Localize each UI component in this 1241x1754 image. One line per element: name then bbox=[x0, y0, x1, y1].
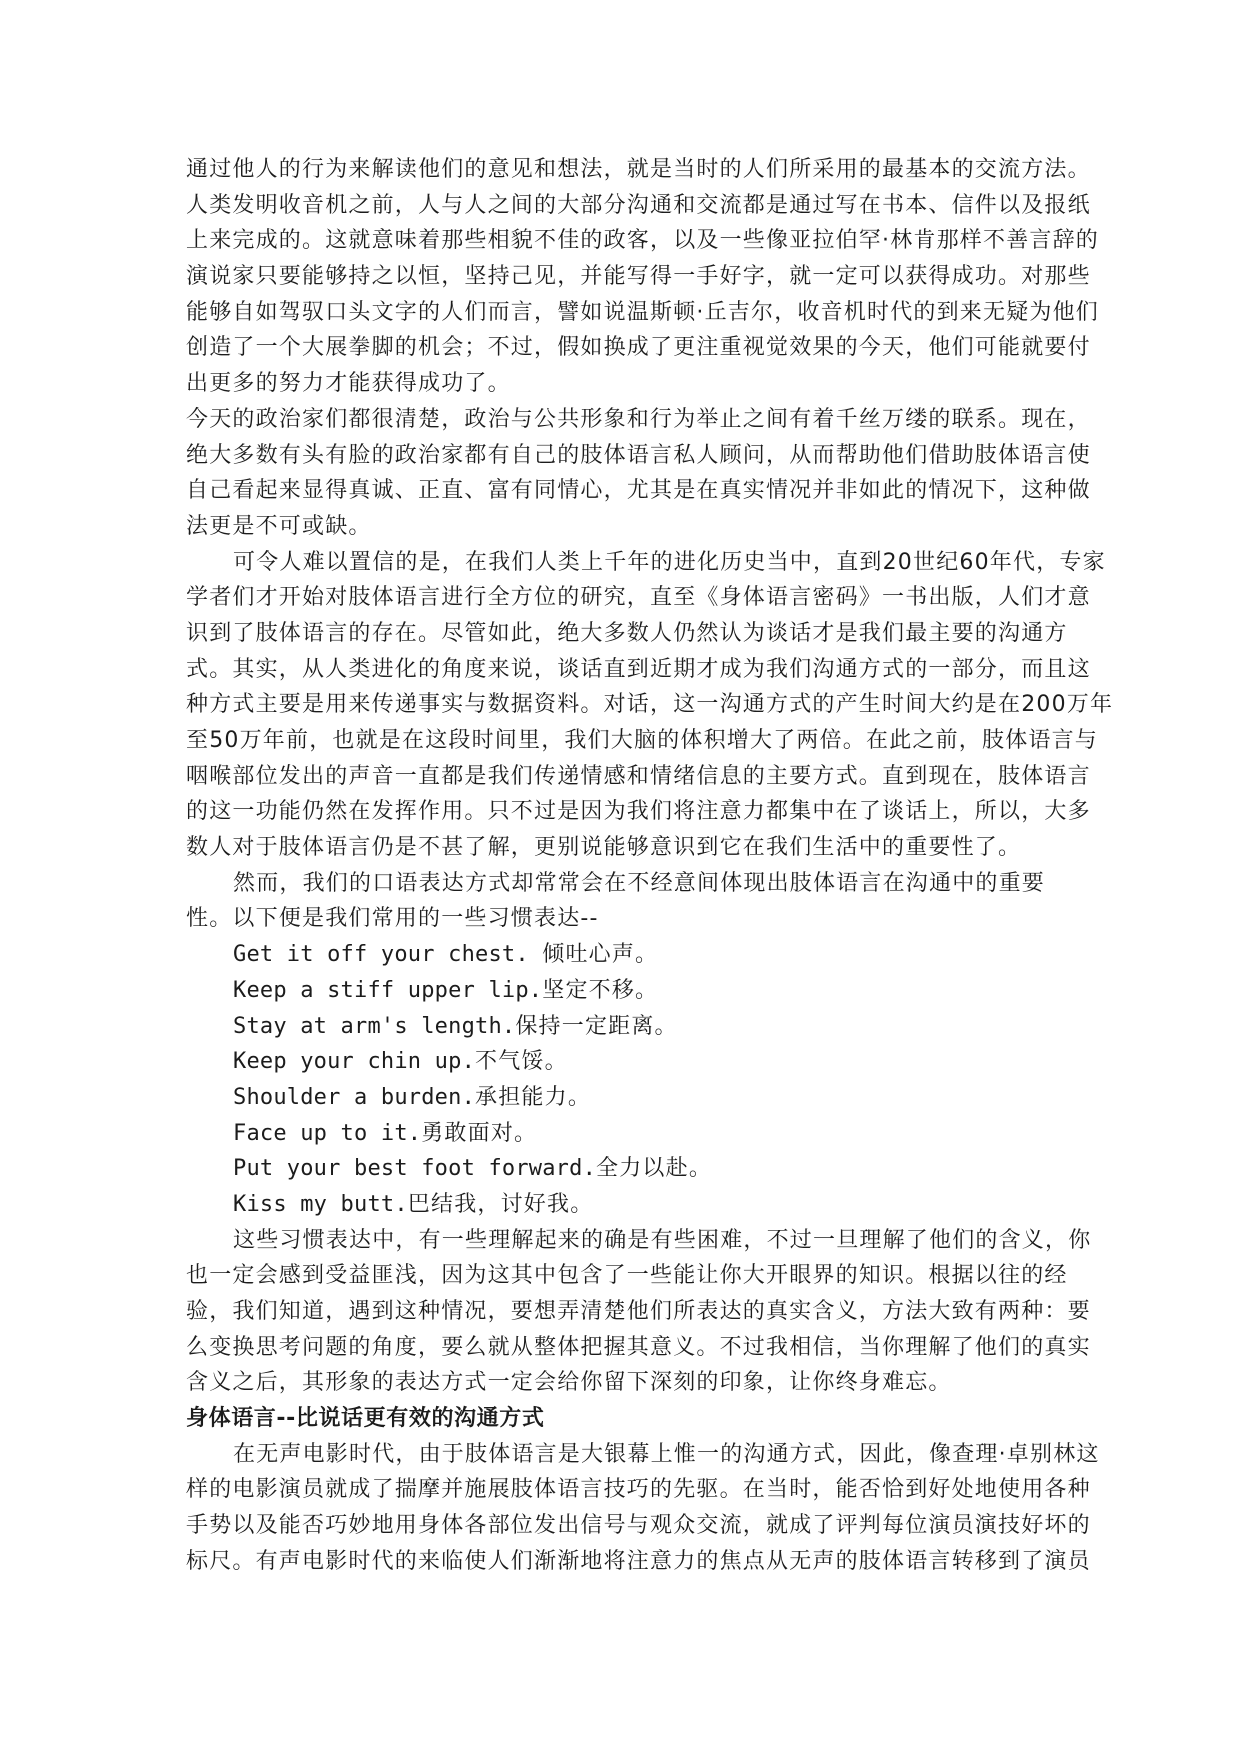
text-line: 上来完成的。这就意味着那些相貌不佳的政客，以及一些像亚拉伯罕·林肯那样不善言辞的 bbox=[186, 223, 1191, 259]
text-line: 么变换思考问题的角度，要么就从整体把握其意义。不过我相信，当你理解了他们的真实 bbox=[186, 1330, 1191, 1366]
text-line: 的这一功能仍然在发挥作用。只不过是因为我们将注意力都集中在了谈话上，所以，大多 bbox=[186, 794, 1191, 830]
idiom-english: Face up to it. bbox=[233, 1121, 421, 1146]
text-line: 咽喉部位发出的声音一直都是我们传递情感和情绪信息的主要方式。直到现在，肢体语言 bbox=[186, 759, 1191, 795]
text-line: 验，我们知道，遇到这种情况，要想弄清楚他们所表达的真实含义，方法大致有两种：要 bbox=[186, 1294, 1191, 1330]
text-line: 创造了一个大展拳脚的机会；不过，假如换成了更注重视觉效果的今天，他们可能就要付 bbox=[186, 330, 1191, 366]
text-line: 通过他人的行为来解读他们的意见和想法，就是当时的人们所采用的最基本的交流方法。 bbox=[186, 152, 1191, 188]
text-line: 性。以下便是我们常用的一些习惯表达-- bbox=[186, 901, 1191, 937]
text-line: 在无声电影时代，由于肢体语言是大银幕上惟一的沟通方式，因此，像查理·卓别林这 bbox=[186, 1437, 1191, 1473]
text-line: 学者们才开始对肢体语言进行全方位的研究，直至《身体语言密码》一书出版，人们才意 bbox=[186, 580, 1191, 616]
text-line: 演说家只要能够持之以恒，坚持己见，并能写得一手好字，就一定可以获得成功。对那些 bbox=[186, 259, 1191, 295]
idiom-chinese: 承担能力。 bbox=[475, 1085, 591, 1110]
idiom-english: Kiss my butt. bbox=[233, 1192, 408, 1217]
idiom-chinese: 保持一定距离。 bbox=[515, 1014, 677, 1039]
text-line: Face up to it.勇敢面对。 bbox=[186, 1116, 1191, 1152]
idiom-english: Keep your chin up. bbox=[233, 1049, 475, 1074]
text-line: Keep your chin up.不气馁。 bbox=[186, 1044, 1191, 1080]
idiom-english: Put your best foot forward. bbox=[233, 1156, 596, 1181]
text-line: 也一定会感到受益匪浅，因为这其中包含了一些能让你大开眼界的知识。根据以往的经 bbox=[186, 1258, 1191, 1294]
text-line: Put your best foot forward.全力以赴。 bbox=[186, 1151, 1191, 1187]
text-line: 识到了肢体语言的存在。尽管如此，绝大多数人仍然认为谈话才是我们最主要的沟通方 bbox=[186, 616, 1191, 652]
text-line: 可令人难以置信的是，在我们人类上千年的进化历史当中，直到20世纪60年代，专家 bbox=[186, 545, 1191, 581]
text-line: 人类发明收音机之前，人与人之间的大部分沟通和交流都是通过写在书本、信件以及报纸 bbox=[186, 188, 1191, 224]
text-line: Shoulder a burden.承担能力。 bbox=[186, 1080, 1191, 1116]
idiom-english: Get it off your chest. bbox=[233, 942, 542, 967]
text-line: 种方式主要是用来传递事实与数据资料。对话，这一沟通方式的产生时间大约是在200万… bbox=[186, 687, 1191, 723]
text-line: Stay at arm's length.保持一定距离。 bbox=[186, 1009, 1191, 1045]
text-line: Kiss my butt.巴结我，讨好我。 bbox=[186, 1187, 1191, 1223]
text-line: 出更多的努力才能获得成功了。 bbox=[186, 366, 1191, 402]
text-line: 标尺。有声电影时代的来临使人们渐渐地将注意力的焦点从无声的肢体语言转移到了演员 bbox=[186, 1544, 1191, 1580]
text-line: 这些习惯表达中，有一些理解起来的确是有些困难，不过一旦理解了他们的含义，你 bbox=[186, 1223, 1191, 1259]
text-line: 至50万年前，也就是在这段时间里，我们大脑的体积增大了两倍。在此之前，肢体语言与 bbox=[186, 723, 1191, 759]
idiom-chinese: 勇敢面对。 bbox=[421, 1121, 537, 1146]
text-line: 自己看起来显得真诚、正直、富有同情心，尤其是在真实情况并非如此的情况下，这种做 bbox=[186, 473, 1191, 509]
text-line: Get it off your chest. 倾吐心声。 bbox=[186, 937, 1191, 973]
idiom-chinese: 全力以赴。 bbox=[596, 1156, 712, 1181]
idiom-english: Keep a stiff upper lip. bbox=[233, 978, 542, 1003]
text-line: 样的电影演员就成了揣摩并施展肢体语言技巧的先驱。在当时，能否恰到好处地使用各种 bbox=[186, 1472, 1191, 1508]
text-line: 绝大多数有头有脸的政治家都有自己的肢体语言私人顾问，从而帮助他们借助肢体语言使 bbox=[186, 438, 1191, 474]
section-heading: 身体语言--比说话更有效的沟通方式 bbox=[186, 1401, 1191, 1437]
document-page: 通过他人的行为来解读他们的意见和想法，就是当时的人们所采用的最基本的交流方法。人… bbox=[0, 0, 1241, 1754]
idiom-chinese: 巴结我，讨好我。 bbox=[408, 1192, 594, 1217]
text-line: 数人对于肢体语言仍是不甚了解，更别说能够意识到它在我们生活中的重要性了。 bbox=[186, 830, 1191, 866]
text-line: 法更是不可或缺。 bbox=[186, 509, 1191, 545]
text-line: 今天的政治家们都很清楚，政治与公共形象和行为举止之间有着千丝万缕的联系。现在， bbox=[186, 402, 1191, 438]
text-line: Keep a stiff upper lip.坚定不移。 bbox=[186, 973, 1191, 1009]
text-line: 式。其实，从人类进化的角度来说，谈话直到近期才成为我们沟通方式的一部分，而且这 bbox=[186, 652, 1191, 688]
idiom-chinese: 倾吐心声。 bbox=[542, 942, 658, 967]
idiom-chinese: 坚定不移。 bbox=[542, 978, 658, 1003]
text-line: 能够自如驾驭口头文字的人们而言，譬如说温斯顿·丘吉尔，收音机时代的到来无疑为他们 bbox=[186, 295, 1191, 331]
idiom-english: Stay at arm's length. bbox=[233, 1014, 515, 1039]
document-body: 通过他人的行为来解读他们的意见和想法，就是当时的人们所采用的最基本的交流方法。人… bbox=[186, 152, 1191, 1580]
text-line: 含义之后，其形象的表达方式一定会给你留下深刻的印象，让你终身难忘。 bbox=[186, 1365, 1191, 1401]
idiom-chinese: 不气馁。 bbox=[475, 1049, 568, 1074]
text-line: 然而，我们的口语表达方式却常常会在不经意间体现出肢体语言在沟通中的重要 bbox=[186, 866, 1191, 902]
text-line: 手势以及能否巧妙地用身体各部位发出信号与观众交流，就成了评判每位演员演技好坏的 bbox=[186, 1508, 1191, 1544]
idiom-english: Shoulder a burden. bbox=[233, 1085, 475, 1110]
